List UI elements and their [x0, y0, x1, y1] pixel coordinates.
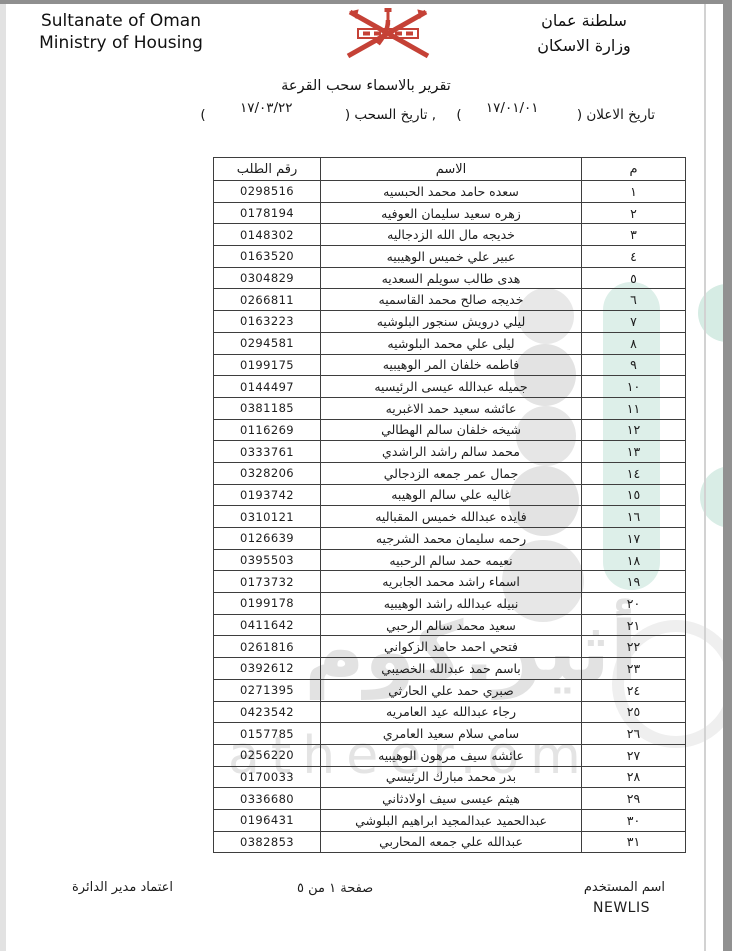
table-row: ١٦فايده عبدالله خميس المقباليه0310121 — [214, 506, 686, 528]
serial-cell: ١٣ — [582, 441, 686, 463]
table-row: ١١عائشه سعيد حمد الاغبريه0381185 — [214, 397, 686, 419]
name-cell: عبدالله علي جمعه المحاربي — [321, 831, 582, 853]
serial-cell: ١٠ — [582, 376, 686, 398]
request-number-cell: 0196431 — [214, 809, 321, 831]
name-cell: اسماء راشد محمد الجابريه — [321, 571, 582, 593]
serial-cell: ٢٥ — [582, 701, 686, 723]
request-number-cell: 0163223 — [214, 311, 321, 333]
table-row: ١٩اسماء راشد محمد الجابريه0173732 — [214, 571, 686, 593]
request-number-cell: 0411642 — [214, 614, 321, 636]
table-header-row: م الاسم رقم الطلب — [214, 158, 686, 181]
serial-cell: ٢٠ — [582, 593, 686, 615]
serial-cell: ٩ — [582, 354, 686, 376]
serial-cell: ١٢ — [582, 419, 686, 441]
name-cell: غاليه علي سالم الوهيبه — [321, 484, 582, 506]
serial-cell: ١١ — [582, 397, 686, 419]
request-number-cell: 0256220 — [214, 744, 321, 766]
serial-cell: ٢٢ — [582, 636, 686, 658]
request-number-cell: 0199178 — [214, 593, 321, 615]
header-arabic-line1: سلطنة عمان — [518, 8, 650, 33]
table-row: ٢٠نبيله عبدالله راشد الوهيبيه0199178 — [214, 593, 686, 615]
header-arabic: سلطنة عمان وزارة الاسكان — [518, 8, 650, 58]
name-cell: رجاء عبدالله عيد العامريه — [321, 701, 582, 723]
name-cell: باسم حمد عبدالله الخصيبي — [321, 658, 582, 680]
table-row: ٣١عبدالله علي جمعه المحاربي0382853 — [214, 831, 686, 853]
serial-cell: ٣٠ — [582, 809, 686, 831]
table-row: ١سعده حامد محمد الحبسيه0298516 — [214, 181, 686, 203]
table-row: ٣خديجه مال الله الزدجاليه0148302 — [214, 224, 686, 246]
request-number-cell: 0116269 — [214, 419, 321, 441]
request-number-cell: 0294581 — [214, 332, 321, 354]
draw-date-label: , تاريخ السحب ( — [345, 107, 436, 123]
serial-cell: ٢٩ — [582, 788, 686, 810]
request-number-cell: 0382853 — [214, 831, 321, 853]
header-arabic-line2: وزارة الاسكان — [518, 33, 650, 58]
name-cell: شيخه خلفان سالم الهطالي — [321, 419, 582, 441]
table-row: ٦خديجه صالح محمد القاسميه0266811 — [214, 289, 686, 311]
name-cell: سامي سلام سعيد العامري — [321, 723, 582, 745]
name-cell: محمد سالم راشد الراشدي — [321, 441, 582, 463]
table-row: ١٨نعيمه حمد سالم الرحبيه0395503 — [214, 549, 686, 571]
serial-cell: ٢١ — [582, 614, 686, 636]
announcement-date-value: ١٧/٠١/٠١ — [486, 100, 539, 116]
name-cell: ليلي درويش سنجور البلوشيه — [321, 311, 582, 333]
table-row: ٣٠عبدالحميد عبدالمجيد ابراهيم البلوشي019… — [214, 809, 686, 831]
serial-cell: ١ — [582, 181, 686, 203]
table-body: ١سعده حامد محمد الحبسيه0298516٢زهره سعيد… — [214, 181, 686, 853]
request-number-cell: 0423542 — [214, 701, 321, 723]
request-number-cell: 0178194 — [214, 202, 321, 224]
name-cell: بدر محمد مبارك الرئيسي — [321, 766, 582, 788]
table-row: ٩فاطمه خلفان المر الوهيبيه0199175 — [214, 354, 686, 376]
table-row: ٢١سعيد محمد سالم الرحبي0411642 — [214, 614, 686, 636]
serial-cell: ٢٤ — [582, 679, 686, 701]
table-row: ٤عبير علي خميس الوهيبيه0163520 — [214, 246, 686, 268]
request-number-cell: 0336680 — [214, 788, 321, 810]
name-cell: سعده حامد محمد الحبسيه — [321, 181, 582, 203]
name-cell: صبري حمد علي الحارثي — [321, 679, 582, 701]
request-number-cell: 0298516 — [214, 181, 321, 203]
header-request-number: رقم الطلب — [214, 158, 321, 181]
table-row: ٢٨بدر محمد مبارك الرئيسي0170033 — [214, 766, 686, 788]
serial-cell: ٢٧ — [582, 744, 686, 766]
draw-date-value: ١٧/٠٣/٢٢ — [240, 100, 293, 116]
date-line: تاريخ الاعلان ( ١٧/٠١/٠١ ) , تاريخ السحب… — [100, 107, 655, 123]
scan-frame-right — [723, 0, 732, 951]
name-cell: عائشه سيف مرهون الوهيبيه — [321, 744, 582, 766]
scan-frame-left — [0, 4, 6, 951]
table-row: ١٠جميله عبدالله عيسى الرئيسيه0144497 — [214, 376, 686, 398]
serial-cell: ٢٣ — [582, 658, 686, 680]
table-row: ٥هدى طالب سويلم السعديه0304829 — [214, 267, 686, 289]
request-number-cell: 0381185 — [214, 397, 321, 419]
request-number-cell: 0126639 — [214, 528, 321, 550]
announcement-date-label: تاريخ الاعلان ( — [577, 107, 655, 123]
header-english: Sultanate of Oman Ministry of Housing — [28, 10, 214, 54]
header-english-line2: Ministry of Housing — [28, 32, 214, 54]
serial-cell: ٧ — [582, 311, 686, 333]
request-number-cell: 0144497 — [214, 376, 321, 398]
table-row: ١٤جمال عمر جمعه الزدجالي0328206 — [214, 462, 686, 484]
table-row: ٢٥رجاء عبدالله عيد العامريه0423542 — [214, 701, 686, 723]
request-number-cell: 0304829 — [214, 267, 321, 289]
serial-cell: ١٧ — [582, 528, 686, 550]
serial-cell: ١٦ — [582, 506, 686, 528]
request-number-cell: 0328206 — [214, 462, 321, 484]
request-number-cell: 0310121 — [214, 506, 321, 528]
serial-cell: ٣١ — [582, 831, 686, 853]
name-cell: فايده عبدالله خميس المقباليه — [321, 506, 582, 528]
table-row: ٢زهره سعيد سليمان العوفيه0178194 — [214, 202, 686, 224]
name-cell: هيثم عيسى سيف اولادثاني — [321, 788, 582, 810]
scan-frame-right-line — [704, 4, 706, 951]
name-cell: فتحي احمد حامد الزكواني — [321, 636, 582, 658]
name-cell: هدى طالب سويلم السعديه — [321, 267, 582, 289]
request-number-cell: 0333761 — [214, 441, 321, 463]
header-name: الاسم — [321, 158, 582, 181]
name-cell: خديجه صالح محمد القاسميه — [321, 289, 582, 311]
table-row: ٢٦سامي سلام سعيد العامري0157785 — [214, 723, 686, 745]
table-row: ٢٩هيثم عيسى سيف اولادثاني0336680 — [214, 788, 686, 810]
header-english-line1: Sultanate of Oman — [28, 10, 214, 32]
request-number-cell: 0261816 — [214, 636, 321, 658]
draw-date-close: ) — [200, 107, 205, 123]
lottery-names-table: م الاسم رقم الطلب ١سعده حامد محمد الحبسي… — [213, 157, 686, 853]
name-cell: عائشه سعيد حمد الاغبريه — [321, 397, 582, 419]
serial-cell: ٢ — [582, 202, 686, 224]
name-cell: رحمه سليمان محمد الشرجيه — [321, 528, 582, 550]
table-row: ١٥غاليه علي سالم الوهيبه0193742 — [214, 484, 686, 506]
table-row: ٢٣باسم حمد عبدالله الخصيبي0392612 — [214, 658, 686, 680]
request-number-cell: 0271395 — [214, 679, 321, 701]
name-cell: عبير علي خميس الوهيبيه — [321, 246, 582, 268]
scan-frame-top — [0, 0, 732, 4]
serial-cell: ٣ — [582, 224, 686, 246]
request-number-cell: 0170033 — [214, 766, 321, 788]
request-number-cell: 0193742 — [214, 484, 321, 506]
page-indicator: صفحة ١ من ٥ — [297, 881, 373, 896]
request-number-cell: 0163520 — [214, 246, 321, 268]
serial-cell: ١٩ — [582, 571, 686, 593]
table-row: ٢٤صبري حمد علي الحارثي0271395 — [214, 679, 686, 701]
serial-cell: ١٤ — [582, 462, 686, 484]
serial-cell: ٥ — [582, 267, 686, 289]
oman-national-emblem-icon — [336, 4, 440, 64]
announcement-date-close: ) — [456, 107, 461, 123]
serial-cell: ١٥ — [582, 484, 686, 506]
name-cell: جميله عبدالله عيسى الرئيسيه — [321, 376, 582, 398]
header-serial: م — [582, 158, 686, 181]
name-cell: سعيد محمد سالم الرحبي — [321, 614, 582, 636]
approval-label: اعتماد مدير الدائرة — [72, 880, 173, 895]
serial-cell: ٦ — [582, 289, 686, 311]
request-number-cell: 0157785 — [214, 723, 321, 745]
serial-cell: ١٨ — [582, 549, 686, 571]
table-row: ٨ليلى علي محمد البلوشيه0294581 — [214, 332, 686, 354]
table-row: ٢٢فتحي احمد حامد الزكواني0261816 — [214, 636, 686, 658]
table-row: ٧ليلي درويش سنجور البلوشيه0163223 — [214, 311, 686, 333]
name-cell: نعيمه حمد سالم الرحبيه — [321, 549, 582, 571]
request-number-cell: 0173732 — [214, 571, 321, 593]
name-cell: فاطمه خلفان المر الوهيبيه — [321, 354, 582, 376]
name-cell: عبدالحميد عبدالمجيد ابراهيم البلوشي — [321, 809, 582, 831]
table-row: ١٣محمد سالم راشد الراشدي0333761 — [214, 441, 686, 463]
name-cell: جمال عمر جمعه الزدجالي — [321, 462, 582, 484]
username-value: NEWLIS — [593, 900, 650, 916]
report-title: تقرير بالاسماء سحب القرعة — [0, 78, 732, 94]
table-row: ١٢شيخه خلفان سالم الهطالي0116269 — [214, 419, 686, 441]
serial-cell: ٨ — [582, 332, 686, 354]
table-row: ١٧رحمه سليمان محمد الشرجيه0126639 — [214, 528, 686, 550]
request-number-cell: 0148302 — [214, 224, 321, 246]
name-cell: زهره سعيد سليمان العوفيه — [321, 202, 582, 224]
serial-cell: ٤ — [582, 246, 686, 268]
serial-cell: ٢٨ — [582, 766, 686, 788]
serial-cell: ٢٦ — [582, 723, 686, 745]
table-row: ٢٧عائشه سيف مرهون الوهيبيه0256220 — [214, 744, 686, 766]
username-label: اسم المستخدم — [584, 880, 665, 895]
request-number-cell: 0199175 — [214, 354, 321, 376]
name-cell: نبيله عبدالله راشد الوهيبيه — [321, 593, 582, 615]
name-cell: خديجه مال الله الزدجاليه — [321, 224, 582, 246]
request-number-cell: 0395503 — [214, 549, 321, 571]
request-number-cell: 0266811 — [214, 289, 321, 311]
request-number-cell: 0392612 — [214, 658, 321, 680]
name-cell: ليلى علي محمد البلوشيه — [321, 332, 582, 354]
